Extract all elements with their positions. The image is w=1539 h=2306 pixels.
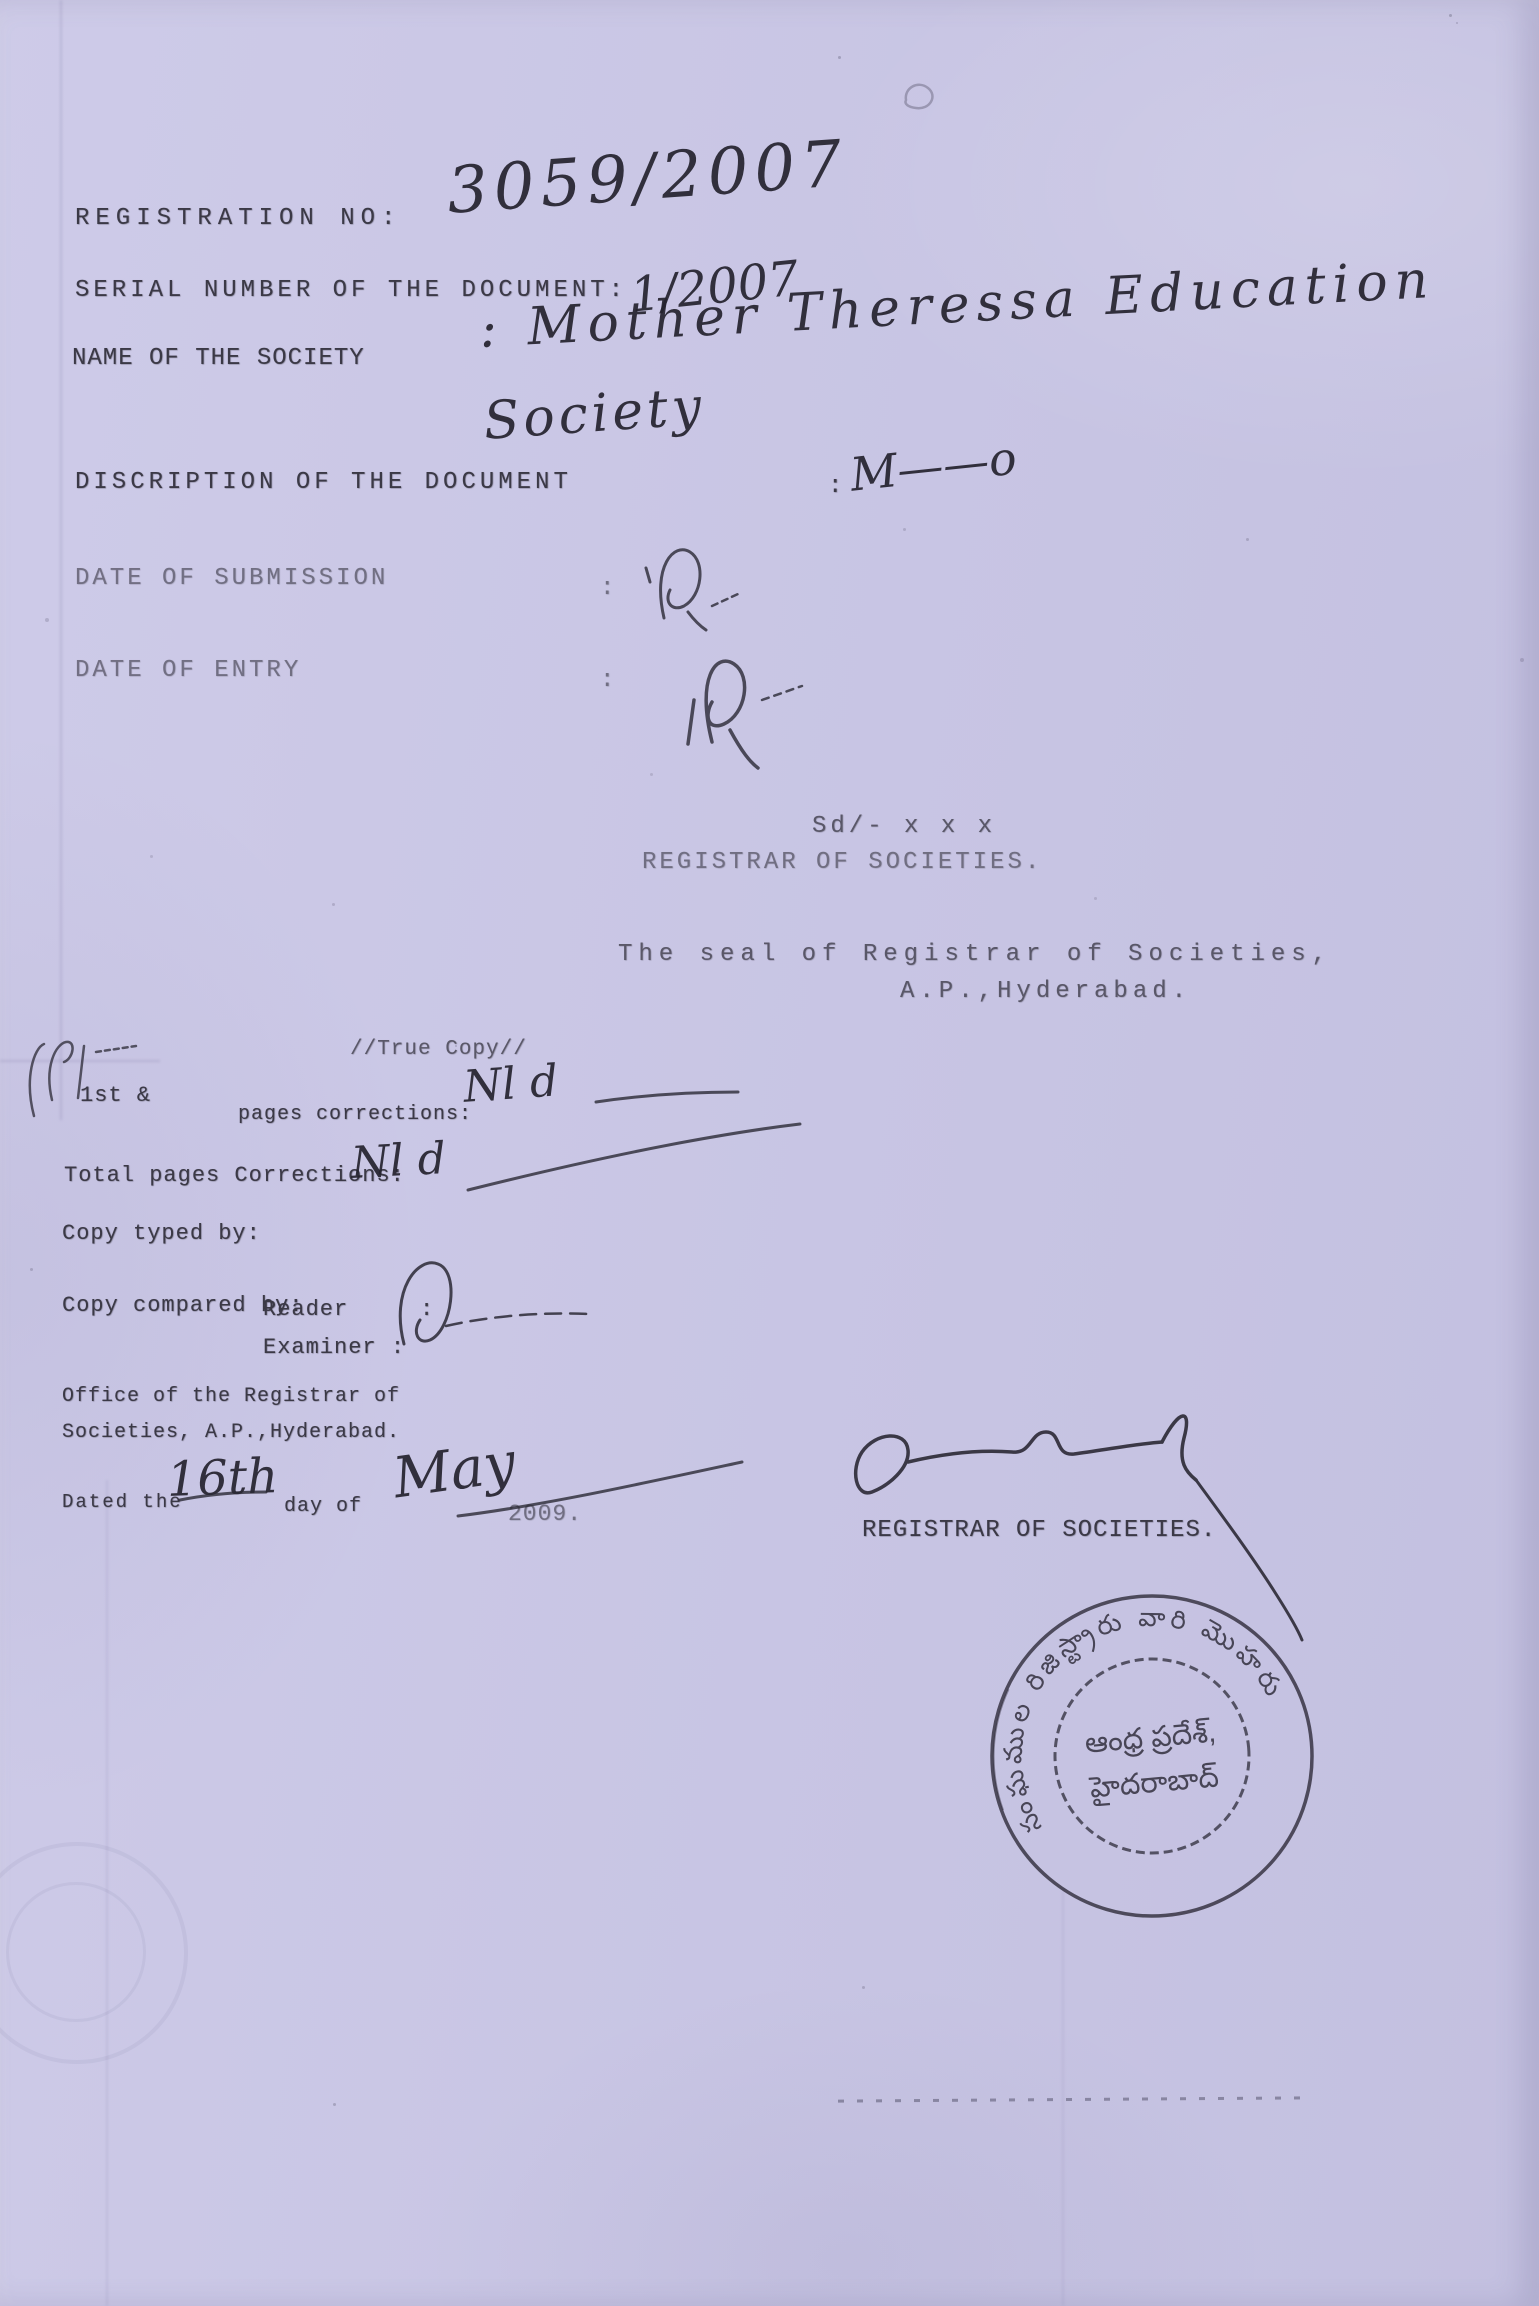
first-pages-label: 1st &	[80, 1084, 151, 1108]
round-seal-stamp: సంఘముల రిజిస్ట్రారు వారి మొహరు ఆంధ్ర ప్ర…	[963, 1567, 1340, 1944]
society-name-label: NAME OF THE SOCIETY	[72, 346, 365, 372]
dated-the-label: Dated the	[62, 1492, 183, 1513]
ink-speck	[1520, 658, 1524, 662]
faint-dotted-line	[838, 2096, 1310, 2102]
pages-corrections-dash	[596, 1092, 738, 1102]
ink-speck	[1246, 538, 1249, 541]
reader-colon: :	[420, 1298, 433, 1322]
entry-date-scribble	[688, 661, 802, 768]
pages-corrections-label: pages corrections:	[238, 1104, 472, 1126]
seal-statement-line2: A.P.,Hyderabad.	[900, 979, 1191, 1005]
stamp-outer-ring	[979, 1583, 1326, 1930]
office-line2: Societies, A.P.,Hyderabad.	[62, 1422, 400, 1444]
date-of-submission-label: DATE OF SUBMISSION	[75, 566, 388, 592]
stamp-outer-textpath: సంఘముల రిజిస్ట్రారు వారి మొహరు	[984, 1589, 1302, 1839]
submission-date-scribble	[646, 550, 738, 630]
ink-speck	[45, 618, 49, 622]
ink-speck	[30, 1268, 33, 1271]
day-value-handwritten: 16th	[166, 1452, 279, 1504]
description-value-handwritten: M——o	[848, 435, 1019, 498]
ink-speck	[332, 903, 335, 906]
society-name-value-line2-handwritten: Society	[482, 381, 707, 448]
seal-statement-line1: The seal of Registrar of Societies,	[618, 942, 1332, 968]
paper-crease-horizontal	[0, 1060, 160, 1062]
sd-line: Sd/- x x x	[812, 814, 996, 840]
ghost-stamp-inner-outline	[6, 1882, 146, 2022]
ink-speck	[838, 56, 841, 59]
registration-no-value-handwritten: 3059/2007	[445, 132, 850, 224]
description-label: DISCRIPTION OF THE DOCUMENT	[75, 470, 572, 496]
reader-label: Reader	[263, 1298, 348, 1322]
entry-colon: :	[600, 668, 614, 694]
ink-speck	[333, 2103, 336, 2106]
true-copy-line: //True Copy//	[350, 1038, 527, 1061]
ink-speck	[1094, 897, 1097, 900]
year-value: 2009.	[508, 1502, 582, 1527]
paper-crease-vertical-left	[60, 0, 62, 1120]
pages-corrections-value-handwritten: Nl d	[462, 1059, 560, 1110]
total-corrections-value-handwritten: Nl d	[350, 1137, 447, 1186]
stamp-inner-text-line2: హైదరాబాద్	[1088, 1761, 1221, 1807]
ink-speck	[1449, 14, 1452, 17]
ink-speck	[903, 528, 906, 531]
date-of-entry-label: DATE OF ENTRY	[75, 658, 301, 684]
registration-no-label: REGISTRATION NO:	[75, 206, 401, 232]
ink-speck	[150, 855, 153, 858]
total-corrections-dash	[468, 1124, 800, 1190]
ink-speck	[1456, 22, 1458, 24]
ink-speck	[650, 773, 653, 776]
scanned-document-page: REGISTRATION NO: SERIAL NUMBER OF THE DO…	[0, 0, 1539, 2306]
registrar-of-societies-line: REGISTRAR OF SOCIETIES.	[642, 850, 1042, 876]
submission-colon: :	[600, 576, 614, 602]
society-name-value-line1-handwritten: : Mother Theressa Education	[478, 254, 1436, 356]
copy-typed-by-label: Copy typed by:	[62, 1222, 261, 1246]
stamp-inner-ring	[1047, 1651, 1257, 1861]
stamp-outer-text: సంఘముల రిజిస్ట్రారు వారి మొహరు	[984, 1589, 1302, 1839]
top-right-smudge-mark	[905, 85, 932, 108]
day-of-label: day of	[284, 1496, 362, 1518]
ink-speck	[862, 1986, 865, 1989]
examiner-label: Examiner :	[263, 1336, 405, 1360]
registrar-title-bottom: REGISTRAR OF SOCIETIES.	[862, 1518, 1216, 1544]
stamp-inner-text-line1: ఆంధ్ర ప్రదేశ్,	[1084, 1716, 1218, 1761]
office-line1: Office of the Registrar of	[62, 1386, 400, 1408]
month-value-handwritten: May	[390, 1435, 519, 1507]
description-colon: :	[828, 474, 842, 500]
